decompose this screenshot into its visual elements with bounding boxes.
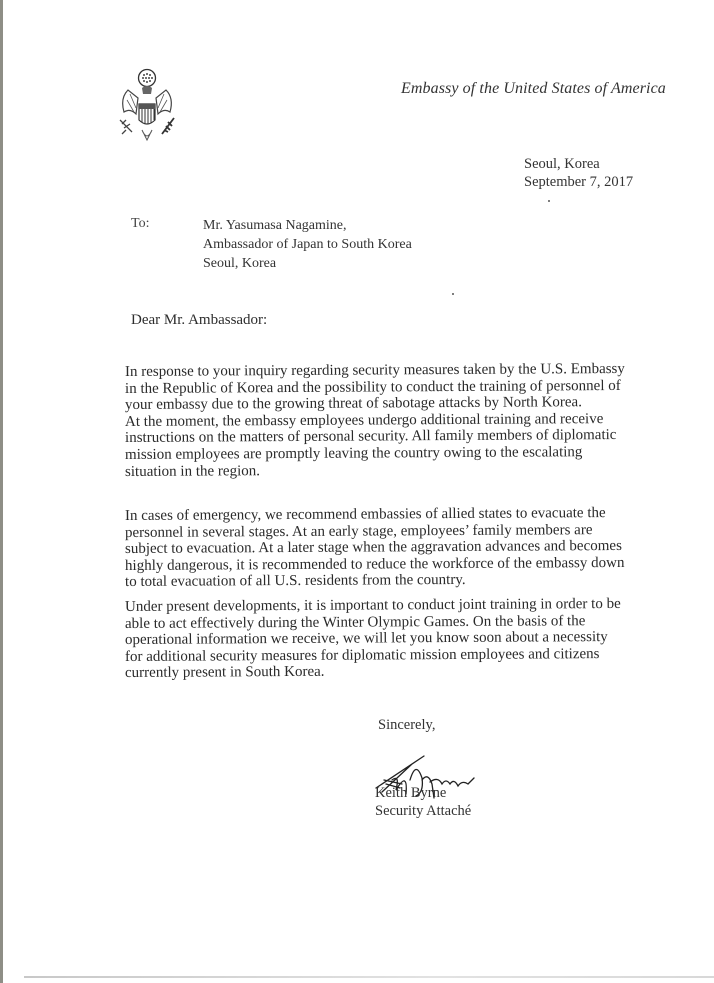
paragraph-line: to total evacuation of all U.S. resident… bbox=[125, 571, 625, 591]
great-seal-icon bbox=[114, 68, 180, 144]
letter-date: September 7, 2017 bbox=[524, 173, 633, 191]
recipient-address: Mr. Yasumasa Nagamine, Ambassador of Jap… bbox=[203, 216, 412, 273]
recipient-title: Ambassador of Japan to South Korea bbox=[203, 235, 412, 254]
letterhead-organization: Embassy of the United States of America bbox=[401, 80, 666, 98]
signer-block: Keith Byrne Security Attaché bbox=[375, 784, 471, 820]
paragraph-line: situation in the region. bbox=[125, 461, 625, 481]
date-block: Seoul, Korea September 7, 2017 bbox=[524, 155, 633, 191]
scan-bottom-edge bbox=[24, 976, 714, 978]
recipient-label: To: bbox=[131, 216, 149, 232]
signer-title: Security Attaché bbox=[375, 802, 471, 820]
valediction: Sincerely, bbox=[378, 717, 435, 734]
sender-location: Seoul, Korea bbox=[524, 155, 633, 173]
scan-left-edge bbox=[0, 0, 3, 983]
scan-speck bbox=[452, 293, 454, 295]
paragraph-line: currently present in South Korea. bbox=[125, 662, 625, 682]
salutation: Dear Mr. Ambassador: bbox=[131, 312, 267, 329]
body-paragraph-1: In response to your inquiry regarding se… bbox=[125, 364, 625, 480]
recipient-city: Seoul, Korea bbox=[203, 254, 412, 273]
body-paragraph-3: Under present developments, it is import… bbox=[125, 599, 625, 682]
body-paragraph-2: In cases of emergency, we recommend emba… bbox=[125, 508, 625, 591]
scan-speck bbox=[548, 200, 550, 202]
recipient-name: Mr. Yasumasa Nagamine, bbox=[203, 216, 412, 235]
signer-name: Keith Byrne bbox=[375, 784, 471, 802]
